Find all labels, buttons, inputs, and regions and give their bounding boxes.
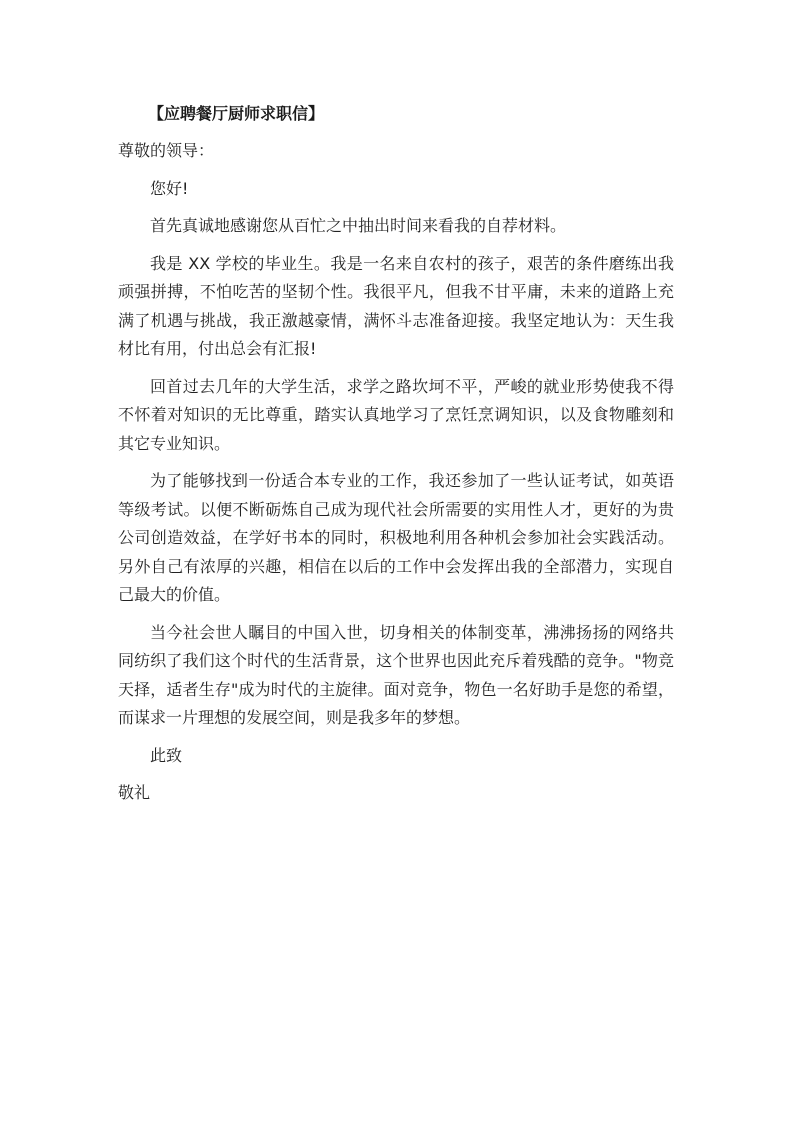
letter-title: 【应聘餐厅厨师求职信】: [118, 100, 674, 128]
regards: 敬礼: [118, 779, 674, 808]
closing: 此致: [118, 742, 674, 771]
salutation: 尊敬的领导：: [118, 137, 674, 166]
paragraph-intro: 首先真诚地感谢您从百忙之中抽出时间来看我的自荐材料。: [118, 212, 674, 241]
letter-page: 【应聘餐厅厨师求职信】 尊敬的领导： 您好! 首先真诚地感谢您从百忙之中抽出时间…: [118, 100, 674, 817]
greeting: 您好!: [118, 175, 674, 204]
paragraph-certification: 为了能够找到一份适合本专业的工作，我还参加了一些认证考试，如英语等级考试。以便不…: [118, 467, 674, 610]
paragraph-background: 我是 XX 学校的毕业生。我是一名来自农村的孩子，艰苦的条件磨练出我顽强拼搏，不…: [118, 250, 674, 364]
paragraph-aspiration: 当今社会世人瞩目的中国入世，切身相关的体制变革，沸沸扬扬的网络共同纺织了我们这个…: [118, 619, 674, 733]
paragraph-education: 回首过去几年的大学生活，求学之路坎坷不平，严峻的就业形势使我不得不怀着对知识的无…: [118, 373, 674, 459]
